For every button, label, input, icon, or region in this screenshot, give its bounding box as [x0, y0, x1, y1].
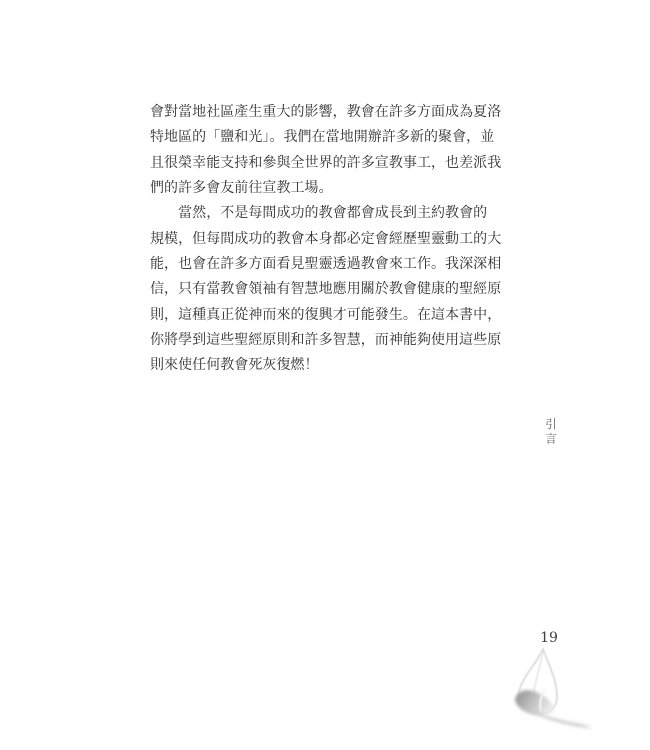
body-text-line: 能，也會在許多方面看見聖靈透過教會來工作。我深深相: [150, 252, 502, 277]
body-text-line: 且很榮幸能支持和參與全世界的許多宣教事工，也差派我: [150, 151, 502, 176]
body-text-line: 規模，但每間成功的教會本身都必定會經歷聖靈動工的大: [150, 227, 502, 252]
body-text-line: 特地區的「鹽和光」。我們在當地開辦許多新的聚會，並: [150, 125, 502, 150]
body-text-line: 們的許多會友前往宣教工場。: [150, 176, 502, 201]
book-page: 會對當地社區產生重大的影響，教會在許多方面成為夏洛特地區的「鹽和光」。我們在當地…: [0, 0, 650, 750]
body-text-line: 信，只有當教會領袖有智慧地應用關於教會健康的聖經原: [150, 277, 502, 302]
body-text-line: 當然，不是每間成功的教會都會成長到主約教會的: [150, 201, 502, 226]
body-text-line: 則，這種真正從神而來的復興才可能發生。在這本書中，: [150, 303, 502, 328]
body-text-line: 你將學到這些聖經原則和許多智慧，而神能夠使用這些原: [150, 328, 502, 353]
smoke-flame-ornament-icon: [490, 638, 600, 750]
body-text-line: 會對當地社區產生重大的影響，教會在許多方面成為夏洛: [150, 100, 502, 125]
body-text-line: 則來使任何教會死灰復燃！: [150, 353, 502, 378]
chapter-margin-label: 引言: [543, 418, 559, 447]
page-body-text: 會對當地社區產生重大的影響，教會在許多方面成為夏洛特地區的「鹽和光」。我們在當地…: [150, 100, 502, 379]
